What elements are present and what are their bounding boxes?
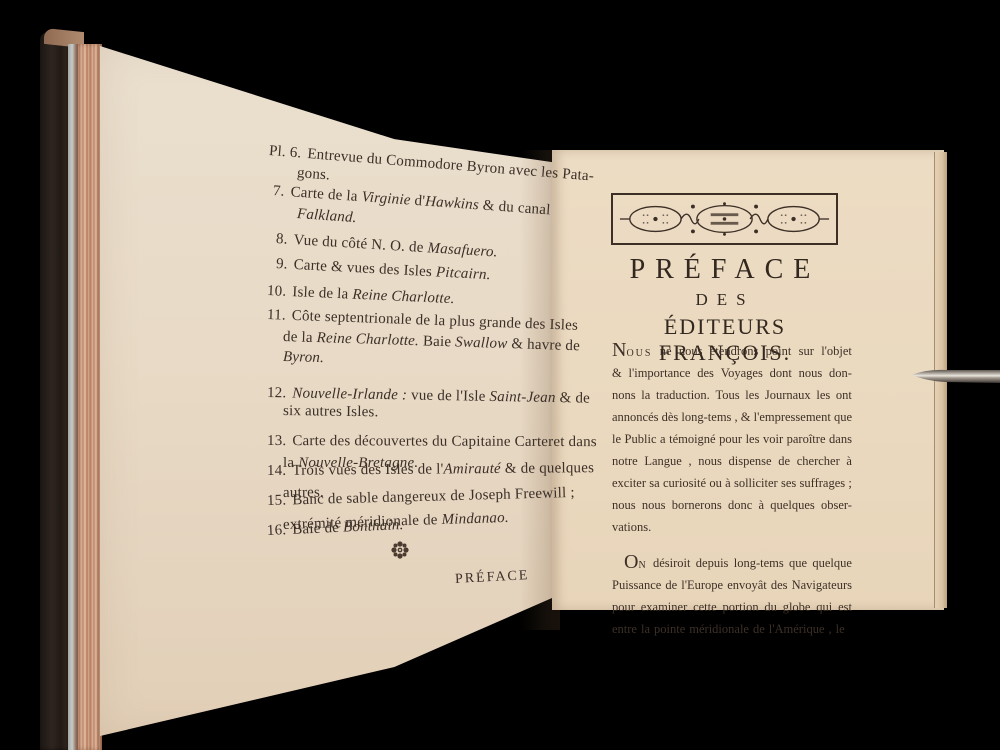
word: à [725, 472, 731, 494]
preface-line: annoncésdèslong-tems,&l'empressementque [612, 406, 852, 428]
word: voir [763, 428, 783, 450]
preface-line: NOUSnenousétendronspointsurl'objet [612, 340, 852, 362]
plate-number: 9. [276, 256, 288, 273]
word: curiosité [663, 472, 706, 494]
word: les [745, 384, 759, 406]
word: & [741, 406, 751, 428]
plate-number: 8. [276, 231, 289, 248]
roman-text: & havre de [507, 336, 580, 354]
word: cette [693, 596, 717, 618]
preface-line: lePublicatémoignépourlesvoirparoîtredans [612, 428, 852, 450]
word: solliciter [734, 472, 778, 494]
roman-text: Baie [419, 333, 456, 350]
word: désiroit [653, 552, 691, 574]
word: pour [612, 596, 635, 618]
word: long-tems [681, 406, 731, 428]
word: vations. [612, 516, 651, 538]
word: Public [625, 428, 657, 450]
word: nous [679, 340, 703, 362]
plate-entry-line: Byron. [283, 349, 324, 367]
roman-text: Isle de la [292, 284, 353, 303]
word: envoyât [727, 574, 767, 596]
word: Journaux [765, 384, 811, 406]
word: ou [709, 472, 722, 494]
roman-text: de la [283, 329, 317, 346]
drop-cap: O [624, 551, 638, 573]
italic-text: Reine Charlotte. [316, 330, 419, 349]
word: qui [816, 596, 832, 618]
word: , [688, 450, 691, 472]
italic-text: Falkland. [296, 206, 357, 226]
word: dès [662, 406, 679, 428]
word: ne [660, 340, 672, 362]
word: quelques [770, 494, 814, 516]
small-caps: OUS [626, 348, 652, 359]
roman-text: & du canal [478, 197, 551, 218]
word: la [641, 384, 650, 406]
word: l'Amérique [769, 618, 825, 640]
preface-line: entrelapointeméridionaledel'Amérique,le [612, 618, 852, 640]
paragraph-gap [612, 538, 852, 552]
word: quelque [812, 552, 852, 574]
preface-line: nonslatraduction.TouslesJournauxlesont [612, 384, 852, 406]
roman-text: & de quelques [501, 460, 594, 477]
plate-number: 13. [267, 433, 286, 449]
word: témoigné [669, 428, 716, 450]
italic-text: Amirauté [443, 461, 501, 478]
word: de [753, 618, 765, 640]
plate-number: 14. [267, 463, 286, 479]
word: que [834, 406, 852, 428]
word: pointe [654, 618, 685, 640]
word: Langue [644, 450, 681, 472]
word: dont [770, 362, 792, 384]
italic-text: Nouvelle-Irlande : [292, 385, 407, 403]
preface-line: notreLangue,nousdispensedechercherà [612, 450, 852, 472]
word: portion [722, 596, 758, 618]
word: depuis [696, 552, 729, 574]
plate-entry-line: gons. [296, 165, 330, 185]
plate-entry-line: 10.Isle de la Reine Charlotte. [267, 283, 455, 308]
word: méridionale [689, 618, 749, 640]
word: le [612, 428, 621, 450]
word: des [771, 574, 788, 596]
word: examiner [641, 596, 688, 618]
preface-text: NOUSnenousétendronspointsurl'objet&l'imp… [612, 340, 852, 640]
roman-text: Trois vues des Isles de l' [292, 461, 443, 478]
word: l'objet [821, 340, 852, 362]
roman-text: Carte des découvertes du Capitaine Carte… [292, 433, 597, 450]
word: nons [612, 384, 636, 406]
roman-text: Entrevue du Commodore Byron avec les Pat… [307, 146, 595, 185]
preface-line: &l'importancedesVoyagesdontnousdon- [612, 362, 852, 384]
italic-text: Saint-Jean [489, 389, 555, 406]
roman-text: Carte & vues des Isles [293, 257, 436, 280]
word: nous [698, 450, 722, 472]
word: de [778, 450, 790, 472]
word: donc [728, 494, 752, 516]
subtitle-des: DES [600, 290, 850, 310]
word: Tous [715, 384, 739, 406]
word: sur [799, 340, 814, 362]
word: annoncés [612, 406, 659, 428]
word: , [829, 618, 832, 640]
word: la [641, 618, 650, 640]
word: l'empressement [754, 406, 831, 428]
word: le [836, 618, 845, 640]
word: dispense [729, 450, 772, 472]
word: dans [829, 428, 852, 450]
word: à [759, 494, 765, 516]
roman-text: six autres Isles. [283, 403, 379, 420]
roman-text: & de [555, 390, 590, 407]
word: les [746, 428, 760, 450]
roman-text: Vue du côté N. O. de [293, 232, 428, 256]
preface-line: Puissancedel'EuropeenvoyâtdesNavigateurs [612, 574, 852, 596]
italic-text: Byron. [283, 349, 324, 366]
roman-text: vue de l'Isle [407, 387, 490, 404]
word: à [846, 450, 852, 472]
italic-text: Mindanao. [441, 510, 509, 528]
blade-pointer-icon [912, 366, 1000, 386]
word: traduction. [656, 384, 710, 406]
plate-number: 15. [267, 492, 287, 509]
word: est [838, 596, 852, 618]
word: point [766, 340, 792, 362]
book-photo: Pl. 6.Entrevue du Commodore Byron avec l… [0, 0, 1000, 750]
word: bornerons [672, 494, 722, 516]
italic-text: Swallow [455, 334, 508, 352]
plate-entry-line: 9.Carte & vues des Isles Pitcairn. [276, 256, 491, 284]
word: ses [781, 472, 796, 494]
word: obser- [821, 494, 852, 516]
italic-text: Hawkins [425, 194, 480, 214]
plate-number: 12. [267, 385, 287, 401]
word: l'Europe [681, 574, 723, 596]
word: nous [642, 494, 666, 516]
roman-text: Carte de la [290, 184, 362, 205]
fleuron-icon [390, 540, 410, 560]
headpiece-ornament-icon [616, 198, 833, 240]
word: étendrons [710, 340, 759, 362]
word: exciter [612, 472, 646, 494]
drop-cap: N [612, 339, 626, 361]
word: Voyages [721, 362, 763, 384]
roman-text: gons. [296, 165, 330, 184]
small-caps: N [638, 560, 647, 571]
plate-number: 7. [272, 183, 285, 200]
word: suffrages [800, 472, 846, 494]
word: pour [719, 428, 742, 450]
word: entre [612, 618, 637, 640]
word: Puissance [612, 574, 661, 596]
word: & [612, 362, 622, 384]
word: chercher [797, 450, 840, 472]
roman-text: Baie de [292, 520, 343, 538]
word: notre [612, 450, 638, 472]
italic-text: Masafuero. [427, 240, 498, 260]
word: , [735, 406, 738, 428]
word: de [665, 574, 677, 596]
word: paroître [787, 428, 826, 450]
preface-line: pourexaminercetteportionduglobequiest [612, 596, 852, 618]
word: du [764, 596, 777, 618]
plate-entry-line: Falkland. [296, 206, 357, 227]
word: globe [783, 596, 811, 618]
word: ; [848, 472, 851, 494]
word: les [816, 384, 830, 406]
ornamental-headpiece [611, 193, 838, 245]
word: des [697, 362, 714, 384]
preface-line: nousnousborneronsdoncàquelquesobser- [612, 494, 852, 516]
italic-text: Bonthain. [343, 517, 404, 536]
italic-text: Virginie [361, 189, 411, 208]
word: nous [612, 494, 636, 516]
italic-text: Pitcairn. [436, 264, 491, 283]
word: l'importance [629, 362, 691, 384]
plate-entry-line: six autres Isles. [283, 403, 379, 421]
plate-number: Pl. 6. [268, 143, 302, 161]
word: a [660, 428, 666, 450]
italic-text: Reine Charlotte. [352, 287, 455, 307]
preface-line: vations. [612, 516, 852, 538]
word: don- [829, 362, 852, 384]
word: ont [836, 384, 852, 406]
plate-number: 16. [267, 522, 287, 539]
plate-number: 11. [267, 307, 286, 324]
page-title: PRÉFACE [600, 254, 850, 286]
preface-line: ONdésiroitdepuislong-temsquequelque [612, 552, 852, 574]
preface-line: excitersacuriositéouàsollicitersessuffra… [612, 472, 852, 494]
plate-number: 10. [267, 283, 287, 300]
word: long-tems [734, 552, 784, 574]
word: Navigateurs [792, 574, 852, 596]
word: nous [799, 362, 823, 384]
roman-text: Banc de sable dangereux de Joseph Freewi… [292, 485, 575, 508]
plate-entry-line: 13.Carte des découvertes du Capitaine Ca… [267, 433, 597, 451]
plate-entry-line: 14.Trois vues des Isles de l'Amirauté & … [267, 460, 594, 480]
word: que [789, 552, 807, 574]
word: sa [649, 472, 659, 494]
